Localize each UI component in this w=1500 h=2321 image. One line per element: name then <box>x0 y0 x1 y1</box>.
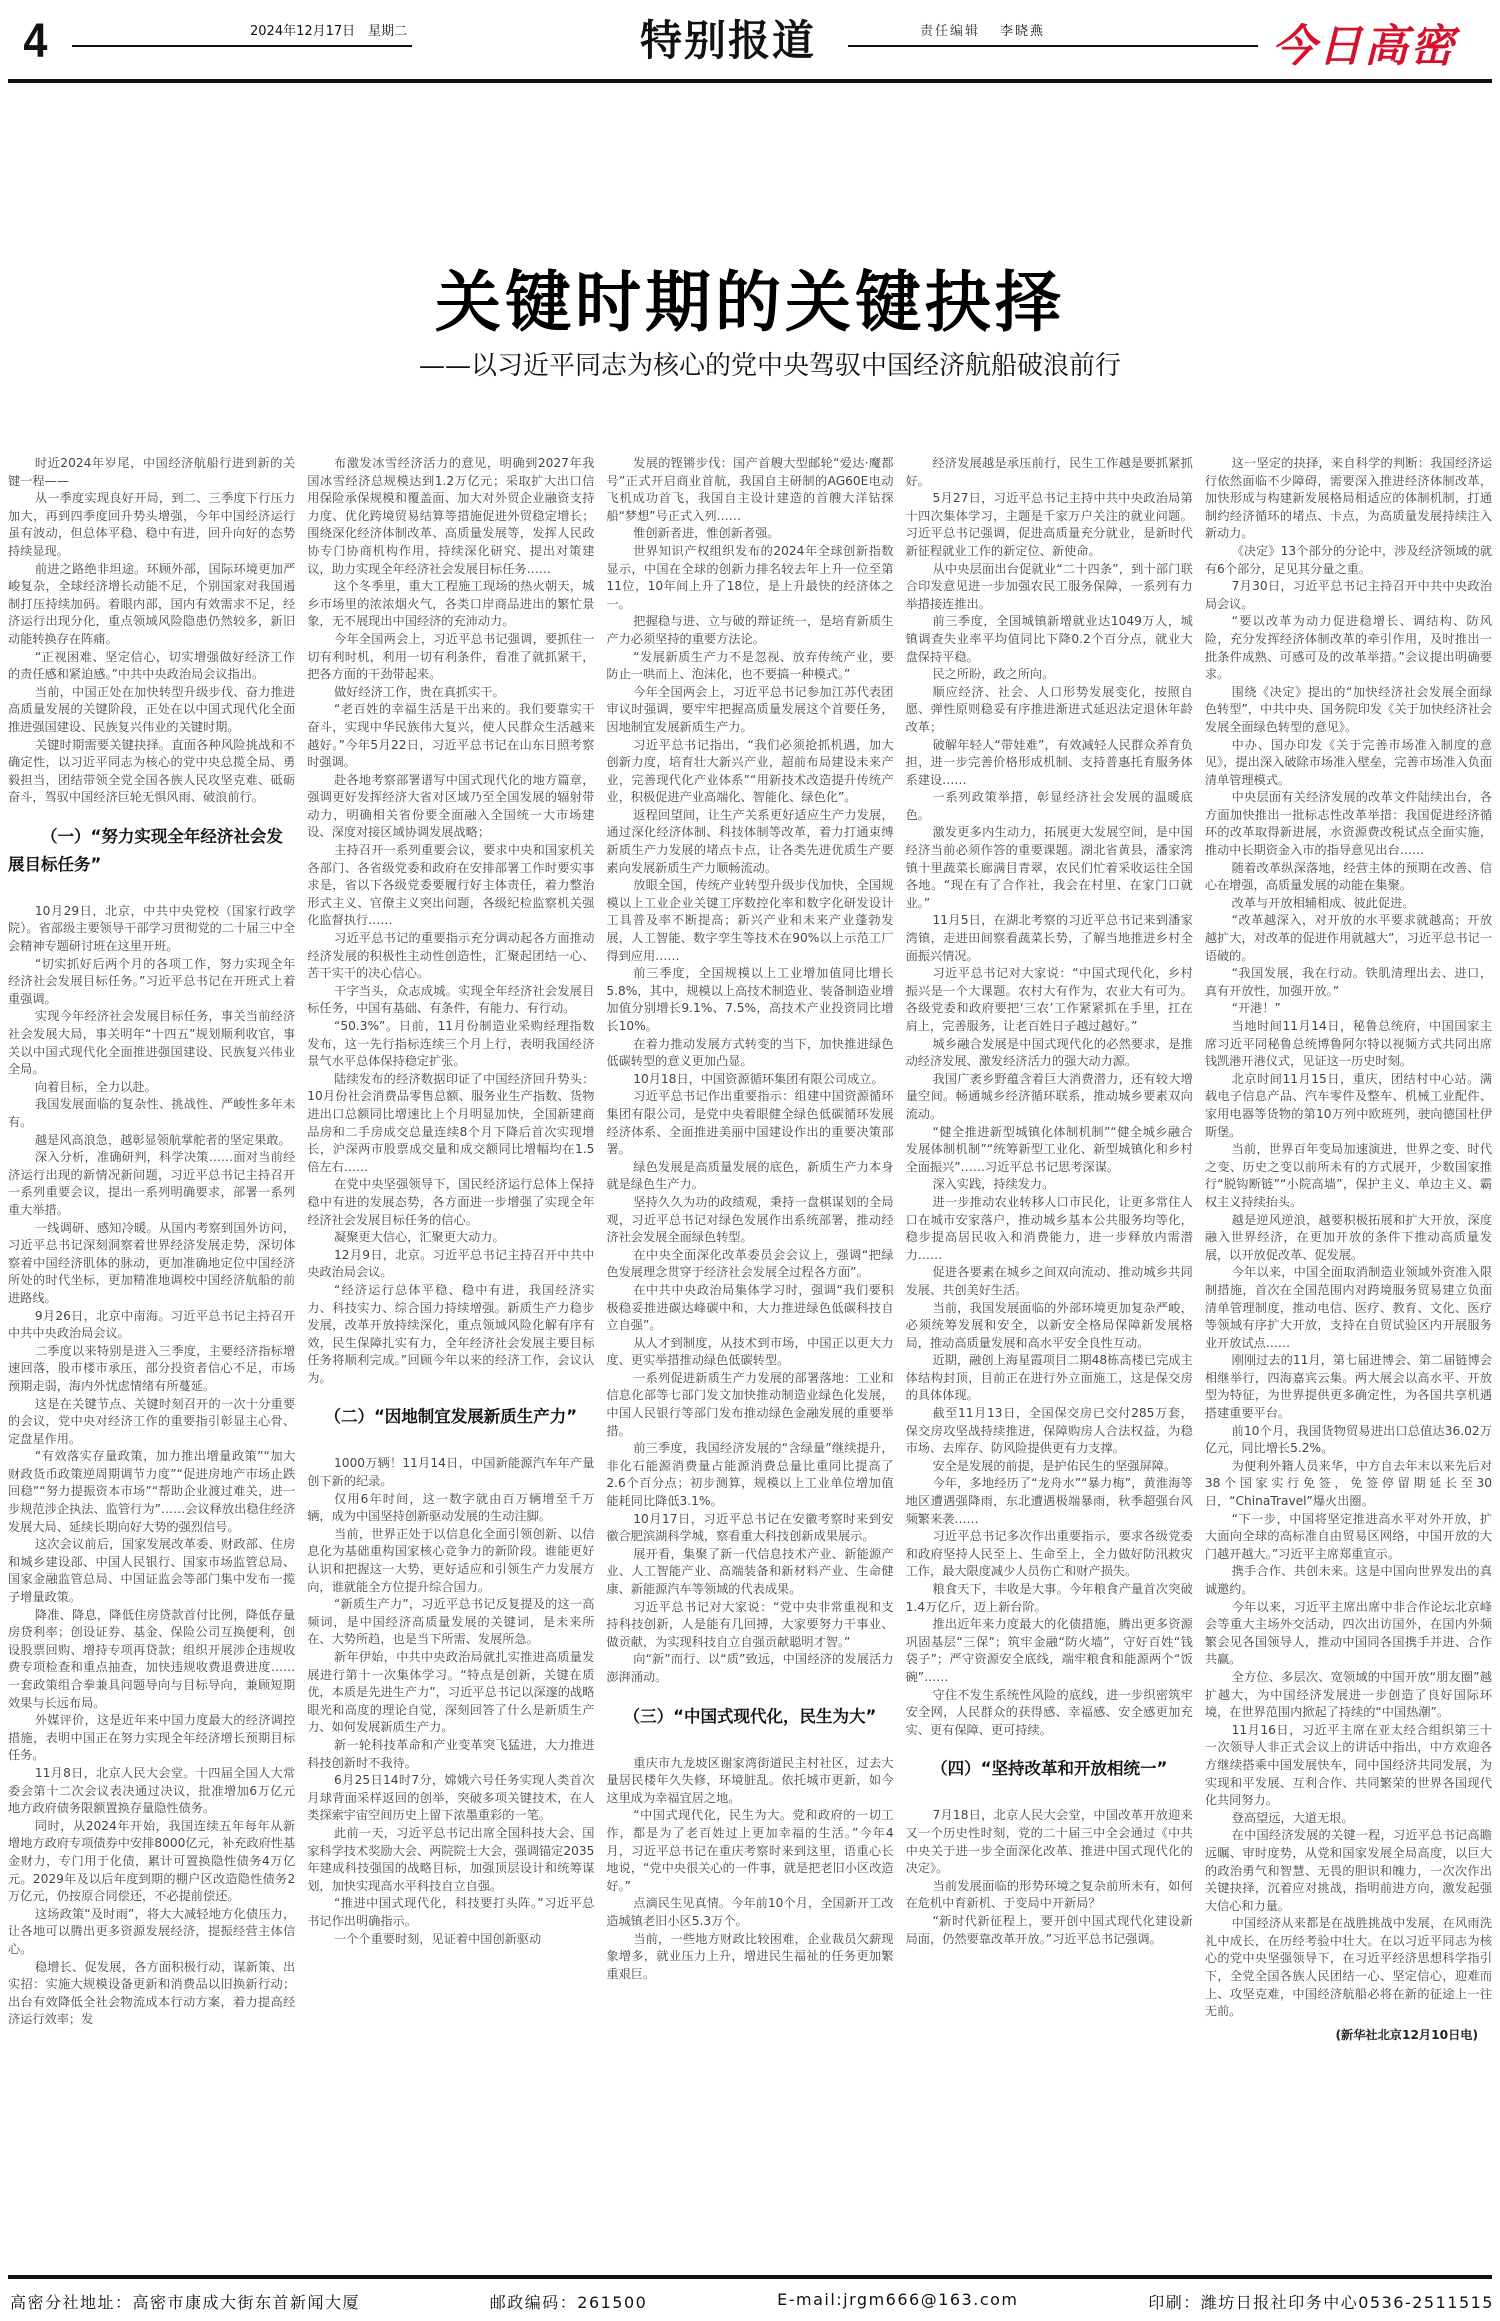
paragraph: 在党中央坚强领导下，国民经济运行总体上保持稳中有进的发展态势，各方面进一步增强了… <box>307 1176 594 1229</box>
paragraph: 今年全国两会上，习近平总书记参加江苏代表团审议时强调，要牢牢把握高质量发展这个首… <box>606 684 893 737</box>
paragraph: 做好经济工作，贵在真抓实干。 <box>307 684 594 702</box>
article-body: 时近2024年岁尾，中国经济航船行进到新的关键一程——从一季度实现良好开局，到二… <box>8 455 1492 2225</box>
column-3-body: 发展的铿锵步伐：国产首艘大型邮轮“爱达·魔都号”正式开启商业首航，我国自主研制的… <box>606 455 893 1687</box>
paragraph: 这个冬季里，重大工程施工现场的热火朝天，城乡市场里的浓浓烟火气，各类口岸商品进出… <box>307 578 594 631</box>
paragraph: 在中共中央政治局集体学习时，强调“我们要积极稳妥推进碳达峰碳中和，大力推进绿色低… <box>606 1282 893 1335</box>
paragraph: 经济发展越是承压前行，民生工作越是要抓紧抓好。 <box>906 455 1193 490</box>
header-divider <box>8 79 1492 83</box>
paragraph: “我国发展，我在行动。铁肌清理出去、进口，真有开放性，加强开放。” <box>1205 965 1492 1000</box>
paragraph: “新质生产力”，习近平总书记反复提及的这一高频词，是中国经济高质量发展的关键词，… <box>307 1596 594 1649</box>
column-2: 布激发冰雪经济活力的意见，明确到2027年我国冰雪经济总规模达到1.2万亿元；采… <box>307 455 594 2225</box>
paragraph: 刚刚过去的11月，第七届进博会、第二届链博会相继举行，四海嘉宾云集。两大展会以高… <box>1205 1352 1492 1422</box>
paragraph: 11月5日，在湖北考察的习近平总书记来到潘家湾镇，走进田间察看蔬菜长势，了解当地… <box>906 912 1193 965</box>
paragraph: 当地时间11月14日，秘鲁总统府，中国国家主席习近平同秘鲁总统博鲁阿尔特以视频方… <box>1205 1018 1492 1071</box>
paragraph: 7月18日，北京人民大会堂，中国改革开放迎来又一个历史性时刻，党的二十届三中全会… <box>906 1807 1193 1877</box>
masthead-rule-left <box>72 45 412 47</box>
paragraph: 中国经济从来都是在战胜挑战中发展，在风雨洗礼中成长，在历经考验中壮大。在以习近平… <box>1205 1915 1492 2021</box>
paragraph: 截至11月13日，全国保交房已交付285万套，保交房攻坚战持续推进，保障购房人合… <box>906 1405 1193 1458</box>
paragraph: “健全推进新型城镇化体制机制”“健全城乡融合发展体制机制”“统筹新型工业化、新型… <box>906 1124 1193 1177</box>
column-1-body: 10月29日，北京，中共中央党校（国家行政学院）。省部级主要领导干部学习贯彻党的… <box>8 903 295 2029</box>
paragraph: “正视困难、坚定信心，切实增强做好经济工作的责任感和紧迫感。”中共中央政治局会议… <box>8 649 295 684</box>
paragraph: 惟创新者进，惟创新者强。 <box>606 525 893 543</box>
paragraph: 二季度以来特别是进入三季度，主要经济指标增速回落，股市楼市承压，部分投资者信心不… <box>8 1343 295 1396</box>
paragraph: 6月25日14时7分，嫦娥六号任务实现人类首次月球背面采样返回的创举，突破多项关… <box>307 1772 594 1825</box>
paragraph: 绿色发展是高质量发展的底色，新质生产力本身就是绿色生产力。 <box>606 1159 893 1194</box>
news-agency-credit: (新华社北京12月10日电) <box>1205 2027 1492 2045</box>
article-headline: 关键时期的关键抉择 <box>0 249 1500 344</box>
paragraph: 放眼全国，传统产业转型升级步伐加快，全国规模以上工业企业关键工序数控化率和数字化… <box>606 877 893 965</box>
paragraph: 凝聚更大信心，汇聚更大动力。 <box>307 1229 594 1247</box>
paragraph: 登高望远，大道无垠。 <box>1205 1810 1492 1828</box>
column-3: 发展的铿锵步伐：国产首艘大型邮轮“爱达·魔都号”正式开启商业首航，我国自主研制的… <box>606 455 893 2225</box>
paragraph: 当前，世界正处于以信息化全面引领创新、以信息化为基础重构国家核心竞争力的新阶段。… <box>307 1526 594 1596</box>
paragraph: 从人才到制度，从技术到市场，中国正以更大力度、更实举措推动绿色低碳转型。 <box>606 1335 893 1370</box>
paragraph: 促进各要素在城乡之间双向流动、推动城乡共同发展、共创美好生活。 <box>906 1264 1193 1299</box>
paragraph: 一线调研、感知冷暖。从国内考察到国外访问，习近平总书记深刻洞察着世界经济发展走势… <box>8 1220 295 1308</box>
paragraph: 世界知识产权组织发布的2024年全球创新指数显示，中国在全球的创新力排名较去年上… <box>606 543 893 613</box>
paragraph: “开港！” <box>1205 1000 1492 1018</box>
paragraph: 从一季度实现良好开局，到二、三季度下行压力加大，再到四季度回升势头增强，今年中国… <box>8 490 295 560</box>
paragraph: 向“新”而行、以“质”致远，中国经济的发展活力澎湃涌动。 <box>606 1651 893 1686</box>
paragraph: 这次会议前后，国家发展改革委、财政部、住房和城乡建设部、中国人民银行、国家市场监… <box>8 1536 295 1606</box>
paragraph: “新时代新征程上，要开创中国式现代化建设新局面，仍然要靠改革开放。”习近平总书记… <box>906 1913 1193 1948</box>
section-heading-3: （三）“中国式现代化，民生为大” <box>606 1703 893 1731</box>
paragraph: 坚持久久为功的政绩观，秉持一盘棋谋划的全局观，习近平总书记对绿色发展作出系统部署… <box>606 1194 893 1247</box>
paragraph: 习近平总书记作出重要指示：组建中国资源循环集团有限公司，是党中央着眼健全绿色低碳… <box>606 1088 893 1158</box>
paragraph: 今年以来，习近平主席出席中非合作论坛北京峰会等重大主场外交活动，四次出访国外，在… <box>1205 1599 1492 1669</box>
editor-label: 责任编辑 <box>920 24 980 39</box>
paragraph: 当前发展面临的形势环境之复杂前所未有，如何在危机中育新机、于变局中开新局？ <box>906 1878 1193 1913</box>
paragraph: 一系列促进新质生产力发展的部署落地：工业和信息化部等七部门发文加快推动制造业绿色… <box>606 1370 893 1440</box>
paragraph: 同时，从2024年开始，我国连续五年每年从新增地方政府专项债券中安排8000亿元… <box>8 1818 295 1906</box>
paragraph: 当前，一些地方财政比较困难，企业裁员欠薪现象增多，就业压力上升，增进民生福祉的任… <box>606 1931 893 1984</box>
paragraph: 在着力推动发展方式转变的当下，加快推进绿色低碳转型的意义更加凸显。 <box>606 1036 893 1071</box>
paragraph: 改革与开放相辅相成、彼此促进。 <box>1205 895 1492 913</box>
paragraph: “老百姓的幸福生活是干出来的。我们要靠实干奋斗，实现中华民族伟大复兴，使人民群众… <box>307 701 594 771</box>
paragraph: 为便利外籍人员来华，中方自去年末以来先后对38个国家实行免签，免签停留期延长至3… <box>1205 1458 1492 1511</box>
column-2-section-body: 1000万辆！11月14日，中国新能源汽车年产量创下新的纪录。仅用6年时间，这一… <box>307 1455 594 1948</box>
paragraph: 安全是发展的前提，是护佑民生的坚强屏障。 <box>906 1458 1193 1476</box>
paragraph: 12月9日，北京。习近平总书记主持召开中共中央政治局会议。 <box>307 1247 594 1282</box>
paragraph: 10月18日，中国资源循环集团有限公司成立。 <box>606 1071 893 1089</box>
paragraph: 新年伊始，中共中央政治局就扎实推进高质量发展进行第十一次集体学习。“特点是创新，… <box>307 1649 594 1737</box>
paragraph: 新一轮科技革命和产业变革突飞猛进，大力推进科技创新时不我待。 <box>307 1737 594 1772</box>
paragraph: 主持召开一系列重要会议，要求中央和国家机关各部门、各省级党委和政府在安排部署工作… <box>307 842 594 930</box>
footer-divider <box>8 2275 1492 2279</box>
column-1: 时近2024年岁尾，中国经济航船行进到新的关键一程——从一季度实现良好开局，到二… <box>8 455 295 2225</box>
paragraph: 此前一天，习近平总书记出席全国科技大会、国家科学技术奖励大会、两院院士大会，强调… <box>307 1825 594 1895</box>
footer-postcode: 邮政编码：261500 <box>490 2290 648 2313</box>
paragraph: 这是在关键节点、关键时刻召开的一次十分重要的会议，党中央对经济工作的重要指引彰显… <box>8 1396 295 1449</box>
paragraph: 进一步推动农业转移人口市民化，让更多常住人口在城市安家落户，推动城乡基本公共服务… <box>906 1194 1193 1264</box>
paragraph: 布激发冰雪经济活力的意见，明确到2027年我国冰雪经济总规模达到1.2万亿元；采… <box>307 455 594 578</box>
paragraph: 前10个月，我国货物贸易进出口总值达36.02万亿元，同比增长5.2%。 <box>1205 1423 1492 1458</box>
paragraph: 7月30日，习近平总书记主持召开中共中央政治局会议。 <box>1205 578 1492 613</box>
paragraph: 展开看，集聚了新一代信息技术产业、新能源产业、人工智能产业、高端装备和新材料产业… <box>606 1546 893 1599</box>
section-heading-4: （四）“坚持改革和开放相统一” <box>906 1755 1193 1783</box>
paragraph: 发展的铿锵步伐：国产首艘大型邮轮“爱达·魔都号”正式开启商业首航，我国自主研制的… <box>606 455 893 525</box>
section-heading-1: （一）“努力实现全年经济社会发展目标任务” <box>8 823 295 879</box>
paragraph: “推进中国式现代化，科技要打头阵。”习近平总书记作出明确指示。 <box>307 1895 594 1930</box>
paragraph: 习近平总书记多次作出重要指示，要求各级党委和政府坚持人民至上、生命至上，全力做好… <box>906 1528 1193 1581</box>
paragraph: 这一坚定的抉择，来自科学的判断：我国经济运行依然面临不少障碍，需要深入推进经济体… <box>1205 455 1492 543</box>
paragraph: 今年，多地经历了“龙舟水”“暴力梅”，黄淮海等地区遭遇强降雨，东北遭遇极端暴雨，… <box>906 1475 1193 1528</box>
paragraph: 深入分析，准确研判，科学决策……面对当前经济运行出现的新情况新问题，习近平总书记… <box>8 1149 295 1219</box>
paragraph: 5月27日，习近平总书记主持中共中央政治局第十四次集体学习，主题是千家万户关注的… <box>906 490 1193 560</box>
paragraph: 当前，我国发展面临的外部环境更加复杂严峻，必须统筹发展和安全，以新安全格局保障新… <box>906 1300 1193 1353</box>
paragraph: 习近平总书记对大家说：“中国式现代化，乡村振兴是一个大课题。农村大有作为，农业大… <box>906 965 1193 1035</box>
paragraph: 在中央全面深化改革委员会会议上，强调“把绿色发展理念贯穿于经济社会发展全过程各方… <box>606 1247 893 1282</box>
paragraph: 前三季度，全国规模以上工业增加值同比增长5.8%，其中，规模以上高技术制造业、装… <box>606 965 893 1035</box>
paragraph: 今年以来，中国全面取消制造业领域外资准入限制措施，首次在全国范围内对跨境服务贸易… <box>1205 1264 1492 1352</box>
paragraph: 越是逆风逆浪，越要积极拓展和扩大开放，深度融入世界经济，在更加开放的条件下推动高… <box>1205 1212 1492 1265</box>
paragraph: 中办、国办印发《关于完善市场准入制度的意见》，提出深入破除市场准入壁垒，完善市场… <box>1205 737 1492 790</box>
paragraph: 重庆市九龙坡区谢家湾街道民主村社区，过去大量居民楼年久失修，环境脏乱。依托城市更… <box>606 1755 893 1808</box>
paragraph: 一系列政策举措，彰显经济社会发展的温暖底色。 <box>906 789 1193 824</box>
paragraph: “下一步，中国将坚定推进高水平对外开放，扩大面向全球的高标准自由贸易区网络，中国… <box>1205 1511 1492 1564</box>
paragraph: 外媒评价，这是近年来中国力度最大的经济调控措施，表明中国正在努力实现全年经济增长… <box>8 1712 295 1765</box>
paragraph: 《决定》13个部分的分论中，涉及经济领域的就有6个部分，足见其分量之重。 <box>1205 543 1492 578</box>
paragraph: 前三季度，我国经济发展的“含绿量”继续提升，非化石能源消费量占能源消费总量比重同… <box>606 1440 893 1510</box>
footer-address: 高密分社地址：高密市康成大街东首新闻大厦 <box>10 2290 360 2313</box>
column-4-section-body: 7月18日，北京人民大会堂，中国改革开放迎来又一个历史性时刻，党的二十届三中全会… <box>906 1807 1193 1948</box>
paragraph: 10月17日，习近平总书记在安徽考察时来到安徽合肥滨湖科学城，察看重大科技创新成… <box>606 1511 893 1546</box>
paragraph: 北京时间11月15日，重庆，团结村中心站。满载电子信息产品、汽车零件及整车、机械… <box>1205 1071 1492 1141</box>
paragraph: “经济运行总体平稳、稳中有进，我国经济实力、科技实力、综合国力持续增强。新质生产… <box>307 1282 594 1388</box>
column-3-section-body: 重庆市九龙坡区谢家湾街道民主村社区，过去大量居民楼年久失修，环境脏乱。依托城市更… <box>606 1755 893 1984</box>
column-5-body: 这一坚定的抉择，来自科学的判断：我国经济运行依然面临不少障碍，需要深入推进经济体… <box>1205 455 1492 2021</box>
paragraph: 激发更多内生动力，拓展更大发展空间，是中国经济当前必须作答的重要课题。湖北省黄县… <box>906 824 1193 912</box>
paragraph: 全方位、多层次、宽领域的中国开放“朋友圈”越扩越大，为中国经济发展进一步创造了良… <box>1205 1669 1492 1722</box>
newspaper-logo: 今日高密 <box>1272 10 1456 74</box>
footer-email[interactable]: E-mail:jrgm666@163.com <box>777 2290 1018 2313</box>
paragraph: 破解年轻人“带娃难”，有效减轻人民群众养育负担，进一步完善价格形成机制、支持普惠… <box>906 737 1193 790</box>
paragraph: 习近平总书记对大家说：“党中央非常重视和支持科技创新，人是能有几回搏，大家要努力… <box>606 1599 893 1652</box>
paragraph: 在中国经济发展的关键一程，习近平总书记高瞻远瞩、审时度势，从党和国家发展全局高度… <box>1205 1827 1492 1915</box>
column-5: 这一坚定的抉择，来自科学的判断：我国经济运行依然面临不少障碍，需要深入推进经济体… <box>1205 455 1492 2225</box>
paragraph: “切实抓好后两个月的各项工作，努力实现全年经济社会发展目标任务。”习近平总书记在… <box>8 956 295 1009</box>
paragraph: 时近2024年岁尾，中国经济航船行进到新的关键一程—— <box>8 455 295 490</box>
section-heading-2: （二）“因地制宜发展新质生产力” <box>307 1403 594 1431</box>
paragraph: 近期，融创上海星霞项目二期48栋高楼已完成主体结构封顶，目前正在进行外立面施工，… <box>906 1352 1193 1405</box>
paragraph: “50.3%”。日前，11月份制造业采购经理指数发布，这一先行指标连续三个月上行… <box>307 1018 594 1071</box>
paragraph: 关键时期需要关键抉择。直面各种风险挑战和不确定性，以习近平同志为核心的党中央总揽… <box>8 737 295 807</box>
paragraph: 前进之路绝非坦途。环顾外部，国际环境更加严峻复杂，全球经济增长动能不足，个别国家… <box>8 561 295 649</box>
paragraph: 城乡融合发展是中国式现代化的必然要求，是推动经济发展、激发经济活力的强大动力源。 <box>906 1036 1193 1071</box>
paragraph: 我国广袤乡野蕴含着巨大消费潜力，还有较大增量空间。畅通城乡经济循环联系，推动城乡… <box>906 1071 1193 1124</box>
paragraph: 中央层面有关经济发展的改革文件陆续出台，各方面加快推出一批标志性改革举措：我国促… <box>1205 789 1492 859</box>
paragraph: 我国发展面临的复杂性、挑战性、严峻性多年未有。 <box>8 1096 295 1131</box>
paragraph: 返程回望间，让生产关系更好适应生产力发展，通过深化经济体制、科技体制等改革，着力… <box>606 807 893 877</box>
paragraph: 向着目标，全力以赴。 <box>8 1079 295 1097</box>
paragraph: 随着改革纵深落地，经营主体的预期在改善、信心在增强，高质量发展的动能在集聚。 <box>1205 860 1492 895</box>
footer: 高密分社地址：高密市康成大街东首新闻大厦 邮政编码：261500 E-mail:… <box>10 2290 1494 2313</box>
paragraph: 越是风高浪急，越彰显领航掌舵者的坚定果敢。 <box>8 1132 295 1150</box>
paragraph: 稳增长、促发展，各方面积极行动，谋新策、出实招：实施大规模设备更新和消费品以旧换… <box>8 1959 295 2029</box>
column-2-body: 布激发冰雪经济活力的意见，明确到2027年我国冰雪经济总规模达到1.2万亿元；采… <box>307 455 594 1387</box>
paragraph: 11月16日，习近平主席在亚太经合组织第三十一次领导人非正式会议上的讲话中指出，… <box>1205 1722 1492 1810</box>
paragraph: 携手合作、共创未来。这是中国向世界发出的真诚邀约。 <box>1205 1563 1492 1598</box>
paragraph: 推出近年来力度最大的化债措施，腾出更多资源巩固基层“三保”；筑牢金融“防火墙”，… <box>906 1616 1193 1686</box>
paragraph: 从中央层面出台促就业“二十四条”，到十部门联合印发意见进一步加强农民工服务保障，… <box>906 561 1193 614</box>
column-1-intro: 时近2024年岁尾，中国经济航船行进到新的关键一程——从一季度实现良好开局，到二… <box>8 455 295 807</box>
editor-name: 李晓燕 <box>1000 24 1045 39</box>
paragraph: 习近平总书记的重要指示充分调动起各方面推动经济发展的积极性主动性创造性，汇聚起团… <box>307 930 594 983</box>
paragraph: “改革越深入，对开放的水平要求就越高；开放越扩大，对改革的促进作用就越大”，习近… <box>1205 912 1492 965</box>
paragraph: “要以改革为动力促进稳增长、调结构、防风险，充分发挥经济体制改革的牵引作用，及时… <box>1205 613 1492 683</box>
paragraph: 民之所盼，政之所向。 <box>906 666 1193 684</box>
paragraph: 今年全国两会上，习近平总书记强调，要抓住一切有利时机，利用一切有利条件，看准了就… <box>307 631 594 684</box>
paragraph: “发展新质生产力不是忽视、放弃传统产业，要防止一哄而上、泡沫化，也不要搞一种模式… <box>606 649 893 684</box>
paragraph: “有效落实存量政策，加力推出增量政策”“加大财政货币政策逆周期调节力度”“促进房… <box>8 1448 295 1536</box>
paragraph: “中国式现代化，民生为大。党和政府的一切工作，都是为了老百姓过上更加幸福的生活。… <box>606 1807 893 1895</box>
paragraph: 把握稳与进、立与破的辩证统一，是培育新质生产力必须坚持的重要方法论。 <box>606 613 893 648</box>
issue-date: 2024年12月17日 星期二 <box>250 20 407 39</box>
paragraph: 赴各地考察部署谱写中国式现代化的地方篇章，强调更好发挥经济大省对区域乃至全国发展… <box>307 772 594 842</box>
paragraph: 习近平总书记指出，“我们必须抢抓机遇，加大创新力度，培育壮大新兴产业，超前布局建… <box>606 737 893 807</box>
masthead-rule-right <box>848 45 1258 47</box>
paragraph: 干字当头，众志成城。实现全年经济社会发展目标任务，中国有基础、有条件，有能力、有… <box>307 983 594 1018</box>
paragraph: 顺应经济、社会、人口形势发展变化，按照自愿、弹性原则稳妥有序推进渐进式延迟法定退… <box>906 684 1193 737</box>
column-4: 经济发展越是承压前行，民生工作越是要抓紧抓好。5月27日，习近平总书记主持中共中… <box>906 455 1193 2225</box>
paragraph: 守住不发生系统性风险的底线，进一步织密筑牢安全网，人民群众的获得感、幸福感、安全… <box>906 1687 1193 1740</box>
column-4-body: 经济发展越是承压前行，民生工作越是要抓紧抓好。5月27日，习近平总书记主持中共中… <box>906 455 1193 1739</box>
paragraph: 粮食天下，丰收是大事。今年粮食产量首次突破1.4万亿斤，迈上新台阶。 <box>906 1581 1193 1616</box>
paragraph: 实现今年经济社会发展目标任务，事关当前经济社会发展大局，事关明年“十四五”规划顺… <box>8 1008 295 1078</box>
paragraph: 一个个重要时刻，见证着中国创新驱动 <box>307 1931 594 1949</box>
paragraph: 9月26日，北京中南海。习近平总书记主持召开中共中央政治局会议。 <box>8 1308 295 1343</box>
paragraph: 深入实践，持续发力。 <box>906 1176 1193 1194</box>
paragraph: 10月29日，北京，中共中央党校（国家行政学院）。省部级主要领导干部学习贯彻党的… <box>8 903 295 956</box>
paragraph: 围绕《决定》提出的“加快经济社会发展全面绿色转型”，中共中央、国务院印发《关于加… <box>1205 684 1492 737</box>
article-subheadline: ——以习近平同志为核心的党中央驾驭中国经济航船破浪前行 <box>0 345 1500 382</box>
page-number: 4 <box>23 18 47 66</box>
paragraph: 当前，世界百年变局加速演进，世界之变、时代之变、历史之变以前所未有的方式展开，少… <box>1205 1141 1492 1211</box>
paragraph: 陆续发布的经济数据印证了中国经济回升势头：10月份社会消费品零售总额、服务业生产… <box>307 1071 594 1177</box>
masthead: 4 2024年12月17日 星期二 特别报道 责任编辑李晓燕 今日高密 <box>0 0 1500 80</box>
paragraph: 这场政策“及时雨”，将大大减轻地方化债压力，让各地可以腾出更多资源发展经济，提振… <box>8 1906 295 1959</box>
paragraph: 仅用6年时间，这一数字就由百万辆增至千万辆，成为中国坚持创新驱动发展的生动注脚。 <box>307 1491 594 1526</box>
section-title: 特别报道 <box>640 8 816 68</box>
paragraph: 1000万辆！11月14日，中国新能源汽车年产量创下新的纪录。 <box>307 1455 594 1490</box>
paragraph: 11月8日，北京人民大会堂。十四届全国人大常委会第十二次会议表决通过决议，批准增… <box>8 1765 295 1818</box>
footer-printer: 印刷：潍坊日报社印务中心0536-2511515 <box>1148 2290 1494 2313</box>
paragraph: 当前，中国正处在加快转型升级步伐、奋力推进高质量发展的关键阶段，正处在以中国式现… <box>8 684 295 737</box>
paragraph: 降准、降息，降低住房贷款首付比例，降低存量房贷利率；创设证券、基金、保险公司互换… <box>8 1607 295 1713</box>
paragraph: 点滴民生见真情。今年前10个月，全国新开工改造城镇老旧小区5.3万个。 <box>606 1895 893 1930</box>
paragraph: 前三季度，全国城镇新增就业达1049万人，城镇调查失业率平均值同比下降0.2个百… <box>906 613 1193 666</box>
editor-credit: 责任编辑李晓燕 <box>920 20 1045 39</box>
